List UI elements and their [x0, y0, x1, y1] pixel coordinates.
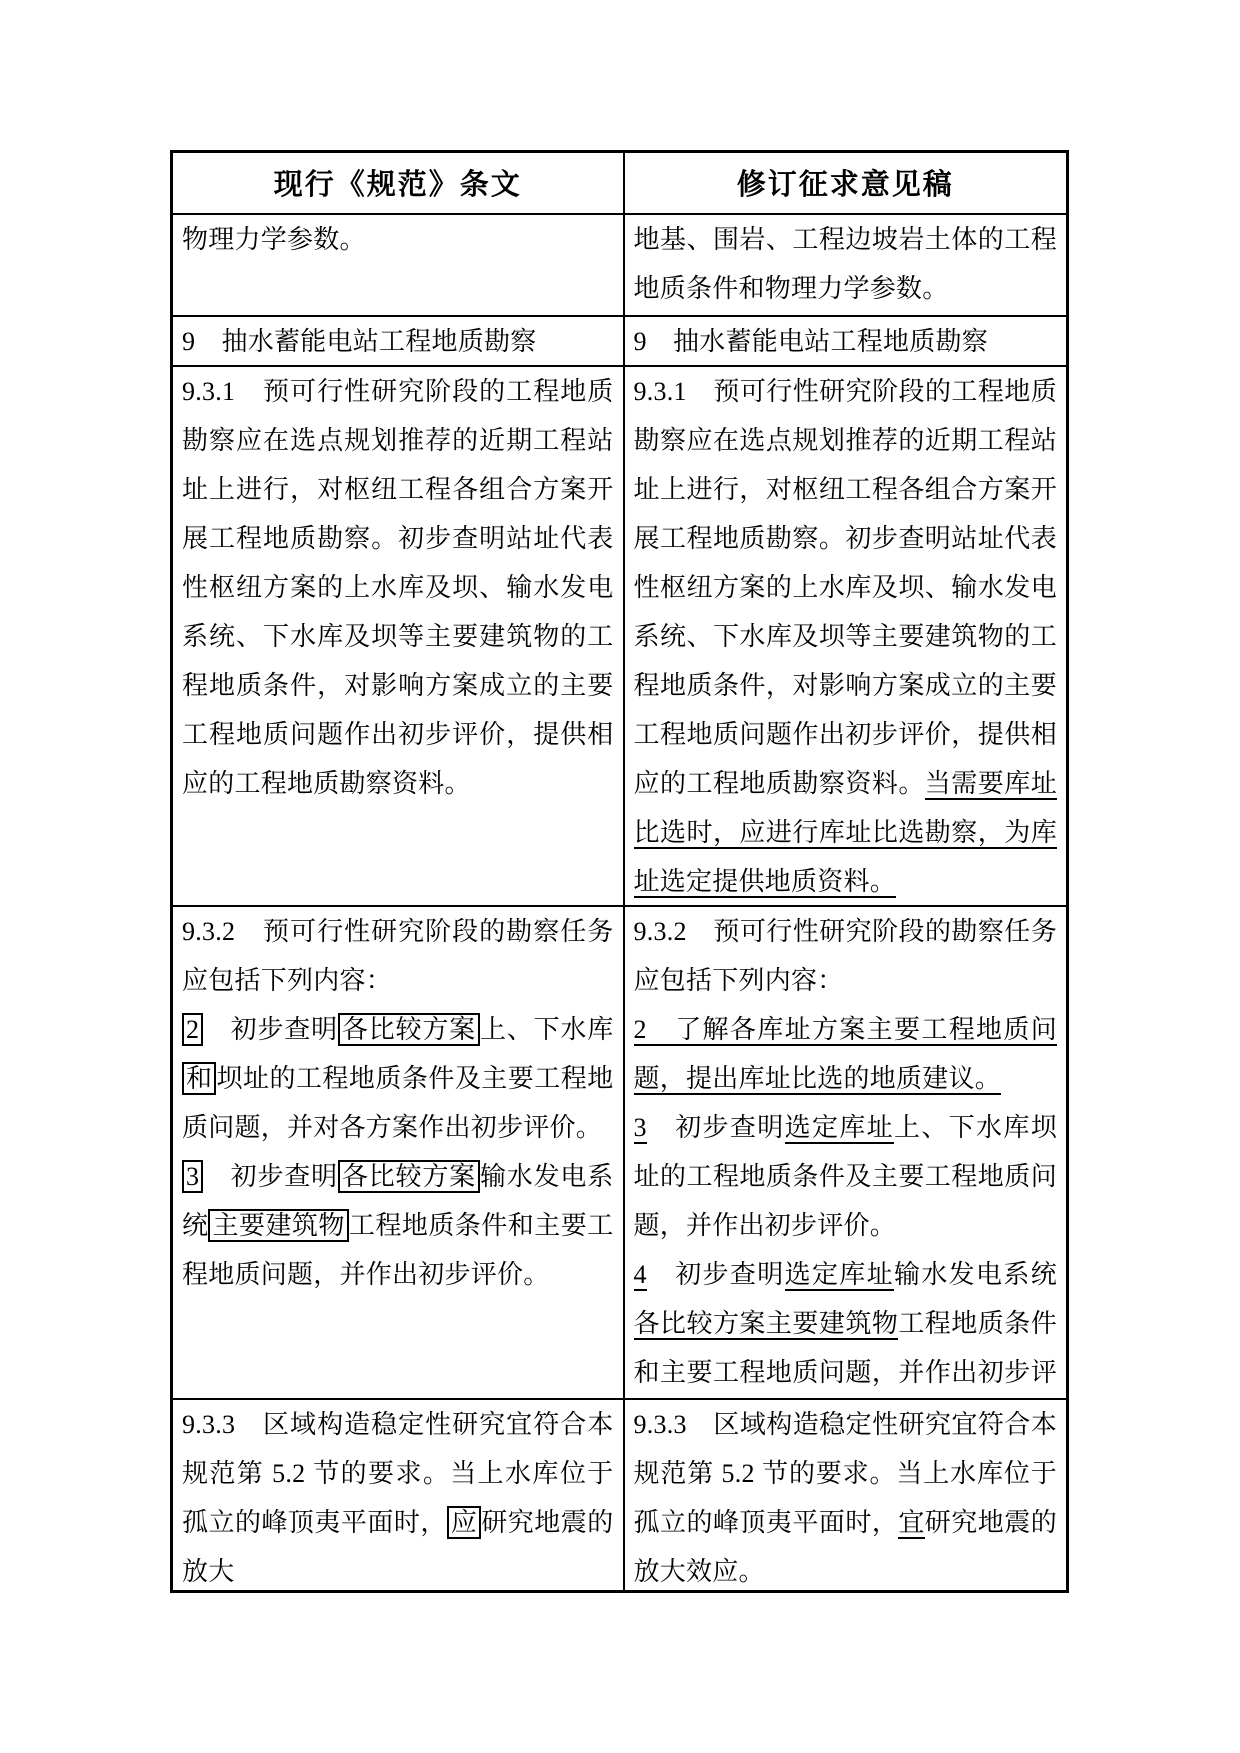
row-2-chapter-9-right-cell: 9 抽水蓄能电站工程地质勘察 [624, 316, 1068, 366]
deleted-text: 各比较方案 [338, 1013, 480, 1046]
cell-content: 9.3.2 预可行性研究阶段的勘察任务应包括下列内容：2 初步查明各比较方案上、… [182, 907, 614, 1398]
text-segment: 9.3.1 预可行性研究阶段的工程地质勘察应在选点规划推荐的近期工程站址上进行，… [634, 377, 1058, 798]
text-segment: 输水发电系统 [894, 1260, 1057, 1289]
paragraph: 9.3.3 区域构造稳定性研究宜符合本规范第 5.2 节的要求。当上水库位于孤立… [182, 1400, 614, 1590]
table-body: 物理力学参数。地基、围岩、工程边坡岩土体的工程地质条件和物理力学参数。9 抽水蓄… [172, 214, 1068, 1592]
paragraph: 9.3.2 预可行性研究阶段的勘察任务应包括下列内容： [634, 907, 1058, 1005]
row-4-clause-9-3-2-left-cell: 9.3.2 预可行性研究阶段的勘察任务应包括下列内容：2 初步查明各比较方案上、… [172, 906, 624, 1399]
inserted-text: 3 [634, 1113, 647, 1144]
text-segment: 初步查明 [203, 1162, 338, 1191]
row-5-clause-9-3-3: 9.3.3 区域构造稳定性研究宜符合本规范第 5.2 节的要求。当上水库位于孤立… [172, 1399, 1068, 1592]
inserted-text: 选定库址 [785, 1260, 894, 1291]
paragraph: 9.3.2 预可行性研究阶段的勘察任务应包括下列内容： [182, 907, 614, 1005]
table-header-row: 现行《规范》条文 修订征求意见稿 [172, 152, 1068, 214]
inserted-text: 宜 [898, 1508, 924, 1539]
column-header-revised-draft: 修订征求意见稿 [624, 152, 1068, 214]
row-2-chapter-9: 9 抽水蓄能电站工程地质勘察9 抽水蓄能电站工程地质勘察 [172, 316, 1068, 366]
paragraph: 物理力学参数。 [182, 215, 614, 264]
deleted-text: 2 [182, 1013, 203, 1046]
text-segment: 地基、围岩、工程边坡岩土体的工程地质条件和物理力学参数。 [634, 225, 1058, 303]
text-segment: 坝址的工程地质条件及主要工程地质问题，并对各方案作出初步评价。 [182, 1064, 613, 1142]
cell-content: 9 抽水蓄能电站工程地质勘察 [182, 317, 614, 365]
deleted-text: 应 [447, 1506, 481, 1539]
text-segment: 9 抽水蓄能电站工程地质勘察 [634, 327, 989, 356]
paragraph: 3 初步查明各比较方案输水发电系统主要建筑物工程地质条件和主要工程地质问题，并作… [182, 1152, 614, 1299]
inserted-text: 选定库址 [785, 1113, 894, 1144]
text-segment: 初步查明 [203, 1015, 338, 1044]
text-segment: 初步查明 [647, 1113, 785, 1142]
paragraph: 2 了解各库址方案主要工程地质问题，提出库址比选的地质建议。 [634, 1005, 1058, 1103]
row-1-physical-params: 物理力学参数。地基、围岩、工程边坡岩土体的工程地质条件和物理力学参数。 [172, 214, 1068, 316]
deleted-text: 各比较方案 [338, 1160, 480, 1193]
text-segment: 物理力学参数。 [182, 225, 366, 254]
row-3-clause-9-3-1-right-cell: 9.3.1 预可行性研究阶段的工程地质勘察应在选点规划推荐的近期工程站址上进行，… [624, 366, 1068, 906]
paragraph: 9.3.1 预可行性研究阶段的工程地质勘察应在选点规划推荐的近期工程站址上进行，… [182, 367, 614, 808]
cell-content: 9.3.1 预可行性研究阶段的工程地质勘察应在选点规划推荐的近期工程站址上进行，… [182, 367, 614, 905]
inserted-text: 4 [634, 1260, 647, 1291]
paragraph: 4 初步查明选定库址输水发电系统各比较方案主要建筑物工程地质条件和主要工程地质问… [634, 1250, 1058, 1398]
paragraph: 2 初步查明各比较方案上、下水库和坝址的工程地质条件及主要工程地质问题，并对各方… [182, 1005, 614, 1152]
comparison-table: 现行《规范》条文 修订征求意见稿 物理力学参数。地基、围岩、工程边坡岩土体的工程… [170, 150, 1069, 1593]
deleted-text: 3 [182, 1160, 203, 1193]
row-3-clause-9-3-1: 9.3.1 预可行性研究阶段的工程地质勘察应在选点规划推荐的近期工程站址上进行，… [172, 366, 1068, 906]
paragraph: 地基、围岩、工程边坡岩土体的工程地质条件和物理力学参数。 [634, 215, 1058, 313]
row-5-clause-9-3-3-right-cell: 9.3.3 区域构造稳定性研究宜符合本规范第 5.2 节的要求。当上水库位于孤立… [624, 1399, 1068, 1592]
column-header-current-spec: 现行《规范》条文 [172, 152, 624, 214]
paragraph: 9.3.3 区域构造稳定性研究宜符合本规范第 5.2 节的要求。当上水库位于孤立… [634, 1400, 1058, 1590]
paragraph: 3 初步查明选定库址上、下水库坝址的工程地质条件及主要工程地质问题，并作出初步评… [634, 1103, 1058, 1250]
paragraph: 9 抽水蓄能电站工程地质勘察 [634, 317, 1058, 365]
cell-content: 9 抽水蓄能电站工程地质勘察 [634, 317, 1058, 365]
inserted-text: 各比较方案主要建筑物 [634, 1309, 899, 1340]
text-segment: 9.3.2 预可行性研究阶段的勘察任务应包括下列内容： [634, 917, 1058, 995]
cell-content: 9.3.3 区域构造稳定性研究宜符合本规范第 5.2 节的要求。当上水库位于孤立… [634, 1400, 1058, 1590]
paragraph: 9.3.1 预可行性研究阶段的工程地质勘察应在选点规划推荐的近期工程站址上进行，… [634, 367, 1058, 905]
text-segment: 初步查明 [647, 1260, 785, 1289]
cell-content: 地基、围岩、工程边坡岩土体的工程地质条件和物理力学参数。 [634, 215, 1058, 315]
deleted-text: 主要建筑物 [208, 1209, 348, 1242]
row-4-clause-9-3-2: 9.3.2 预可行性研究阶段的勘察任务应包括下列内容：2 初步查明各比较方案上、… [172, 906, 1068, 1399]
row-4-clause-9-3-2-right-cell: 9.3.2 预可行性研究阶段的勘察任务应包括下列内容：2 了解各库址方案主要工程… [624, 906, 1068, 1399]
text-segment: 9.3.2 预可行性研究阶段的勘察任务应包括下列内容： [182, 917, 614, 995]
row-1-physical-params-right-cell: 地基、围岩、工程边坡岩土体的工程地质条件和物理力学参数。 [624, 214, 1068, 316]
inserted-text: 2 了解各库址方案主要工程地质问题，提出库址比选的地质建议。 [634, 1015, 1058, 1095]
row-5-clause-9-3-3-left-cell: 9.3.3 区域构造稳定性研究宜符合本规范第 5.2 节的要求。当上水库位于孤立… [172, 1399, 624, 1592]
deleted-text: 和 [182, 1062, 216, 1095]
text-segment: 9.3.1 预可行性研究阶段的工程地质勘察应在选点规划推荐的近期工程站址上进行，… [182, 377, 614, 798]
text-segment: 上、下水库 [480, 1015, 614, 1044]
paragraph: 9 抽水蓄能电站工程地质勘察 [182, 317, 614, 365]
cell-content: 9.3.3 区域构造稳定性研究宜符合本规范第 5.2 节的要求。当上水库位于孤立… [182, 1400, 614, 1590]
document-page: 现行《规范》条文 修订征求意见稿 物理力学参数。地基、围岩、工程边坡岩土体的工程… [0, 0, 1240, 1753]
row-3-clause-9-3-1-left-cell: 9.3.1 预可行性研究阶段的工程地质勘察应在选点规划推荐的近期工程站址上进行，… [172, 366, 624, 906]
cell-content: 9.3.1 预可行性研究阶段的工程地质勘察应在选点规划推荐的近期工程站址上进行，… [634, 367, 1058, 905]
row-2-chapter-9-left-cell: 9 抽水蓄能电站工程地质勘察 [172, 316, 624, 366]
cell-content: 9.3.2 预可行性研究阶段的勘察任务应包括下列内容：2 了解各库址方案主要工程… [634, 907, 1058, 1398]
cell-content: 物理力学参数。 [182, 215, 614, 315]
row-1-physical-params-left-cell: 物理力学参数。 [172, 214, 624, 316]
text-segment: 9 抽水蓄能电站工程地质勘察 [182, 327, 537, 356]
